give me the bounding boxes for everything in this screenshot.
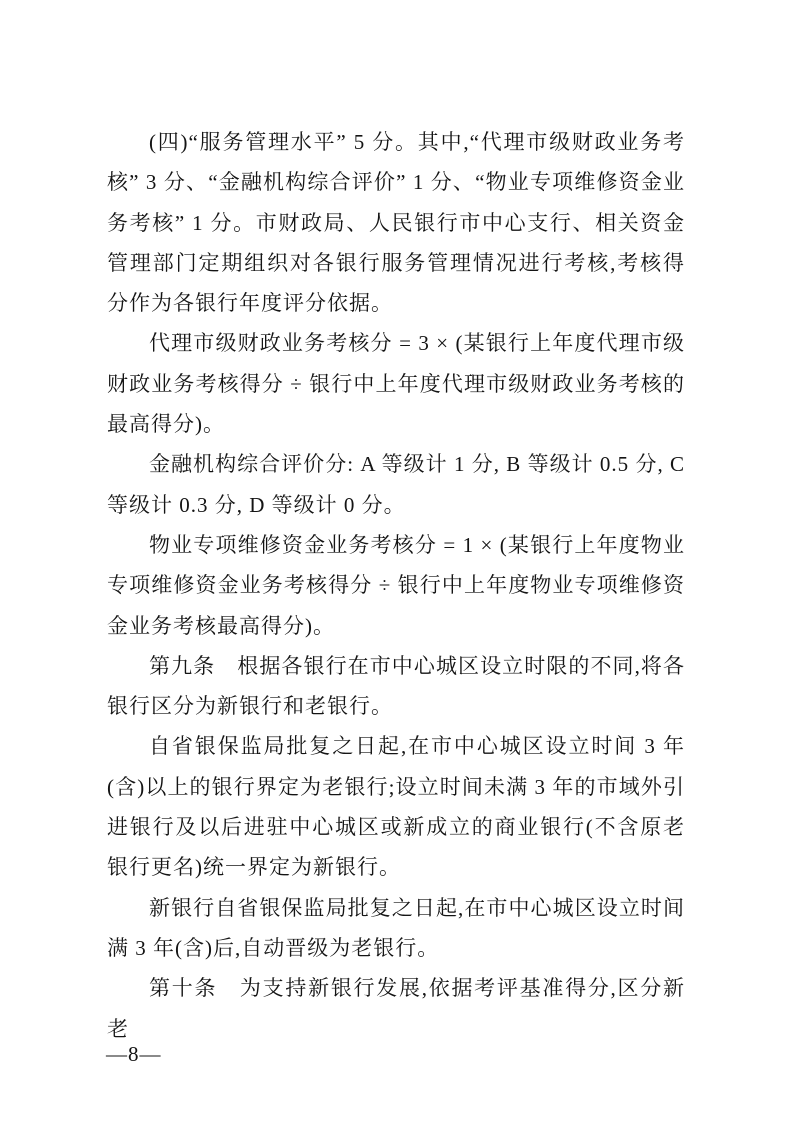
paragraph-old-new-bank-definition: 自省银保监局批复之日起,在市中心城区设立时间 3 年(含)以上的银行界定为老银行…	[107, 726, 685, 887]
paragraph-service-management-score: (四)“服务管理水平” 5 分。其中,“代理市级财政业务考核” 3 分、“金融机…	[107, 122, 685, 323]
paragraph-fiscal-agency-score-formula: 代理市级财政业务考核分 = 3 × (某银行上年度代理市级财政业务考核得分 ÷ …	[107, 323, 685, 444]
paragraph-new-bank-promotion: 新银行自省银保监局批复之日起,在市中心城区设立时间满 3 年(含)后,自动晋级为…	[107, 888, 685, 969]
paragraph-financial-institution-rating: 金融机构综合评价分: A 等级计 1 分, B 等级计 0.5 分, C 等级计…	[107, 444, 685, 525]
paragraph-article-9: 第九条 根据各银行在市中心城区设立时限的不同,将各银行区分为新银行和老银行。	[107, 646, 685, 727]
paragraph-article-10: 第十条 为支持新银行发展,依据考评基准得分,区分新老	[107, 968, 685, 1049]
paragraph-property-maintenance-fund-formula: 物业专项维修资金业务考核分 = 1 × (某银行上年度物业专项维修资金业务考核得…	[107, 525, 685, 646]
page-number: —8—	[106, 1042, 162, 1067]
document-page: (四)“服务管理水平” 5 分。其中,“代理市级财政业务考核” 3 分、“金融机…	[0, 0, 793, 1122]
document-body: (四)“服务管理水平” 5 分。其中,“代理市级财政业务考核” 3 分、“金融机…	[107, 122, 685, 1049]
